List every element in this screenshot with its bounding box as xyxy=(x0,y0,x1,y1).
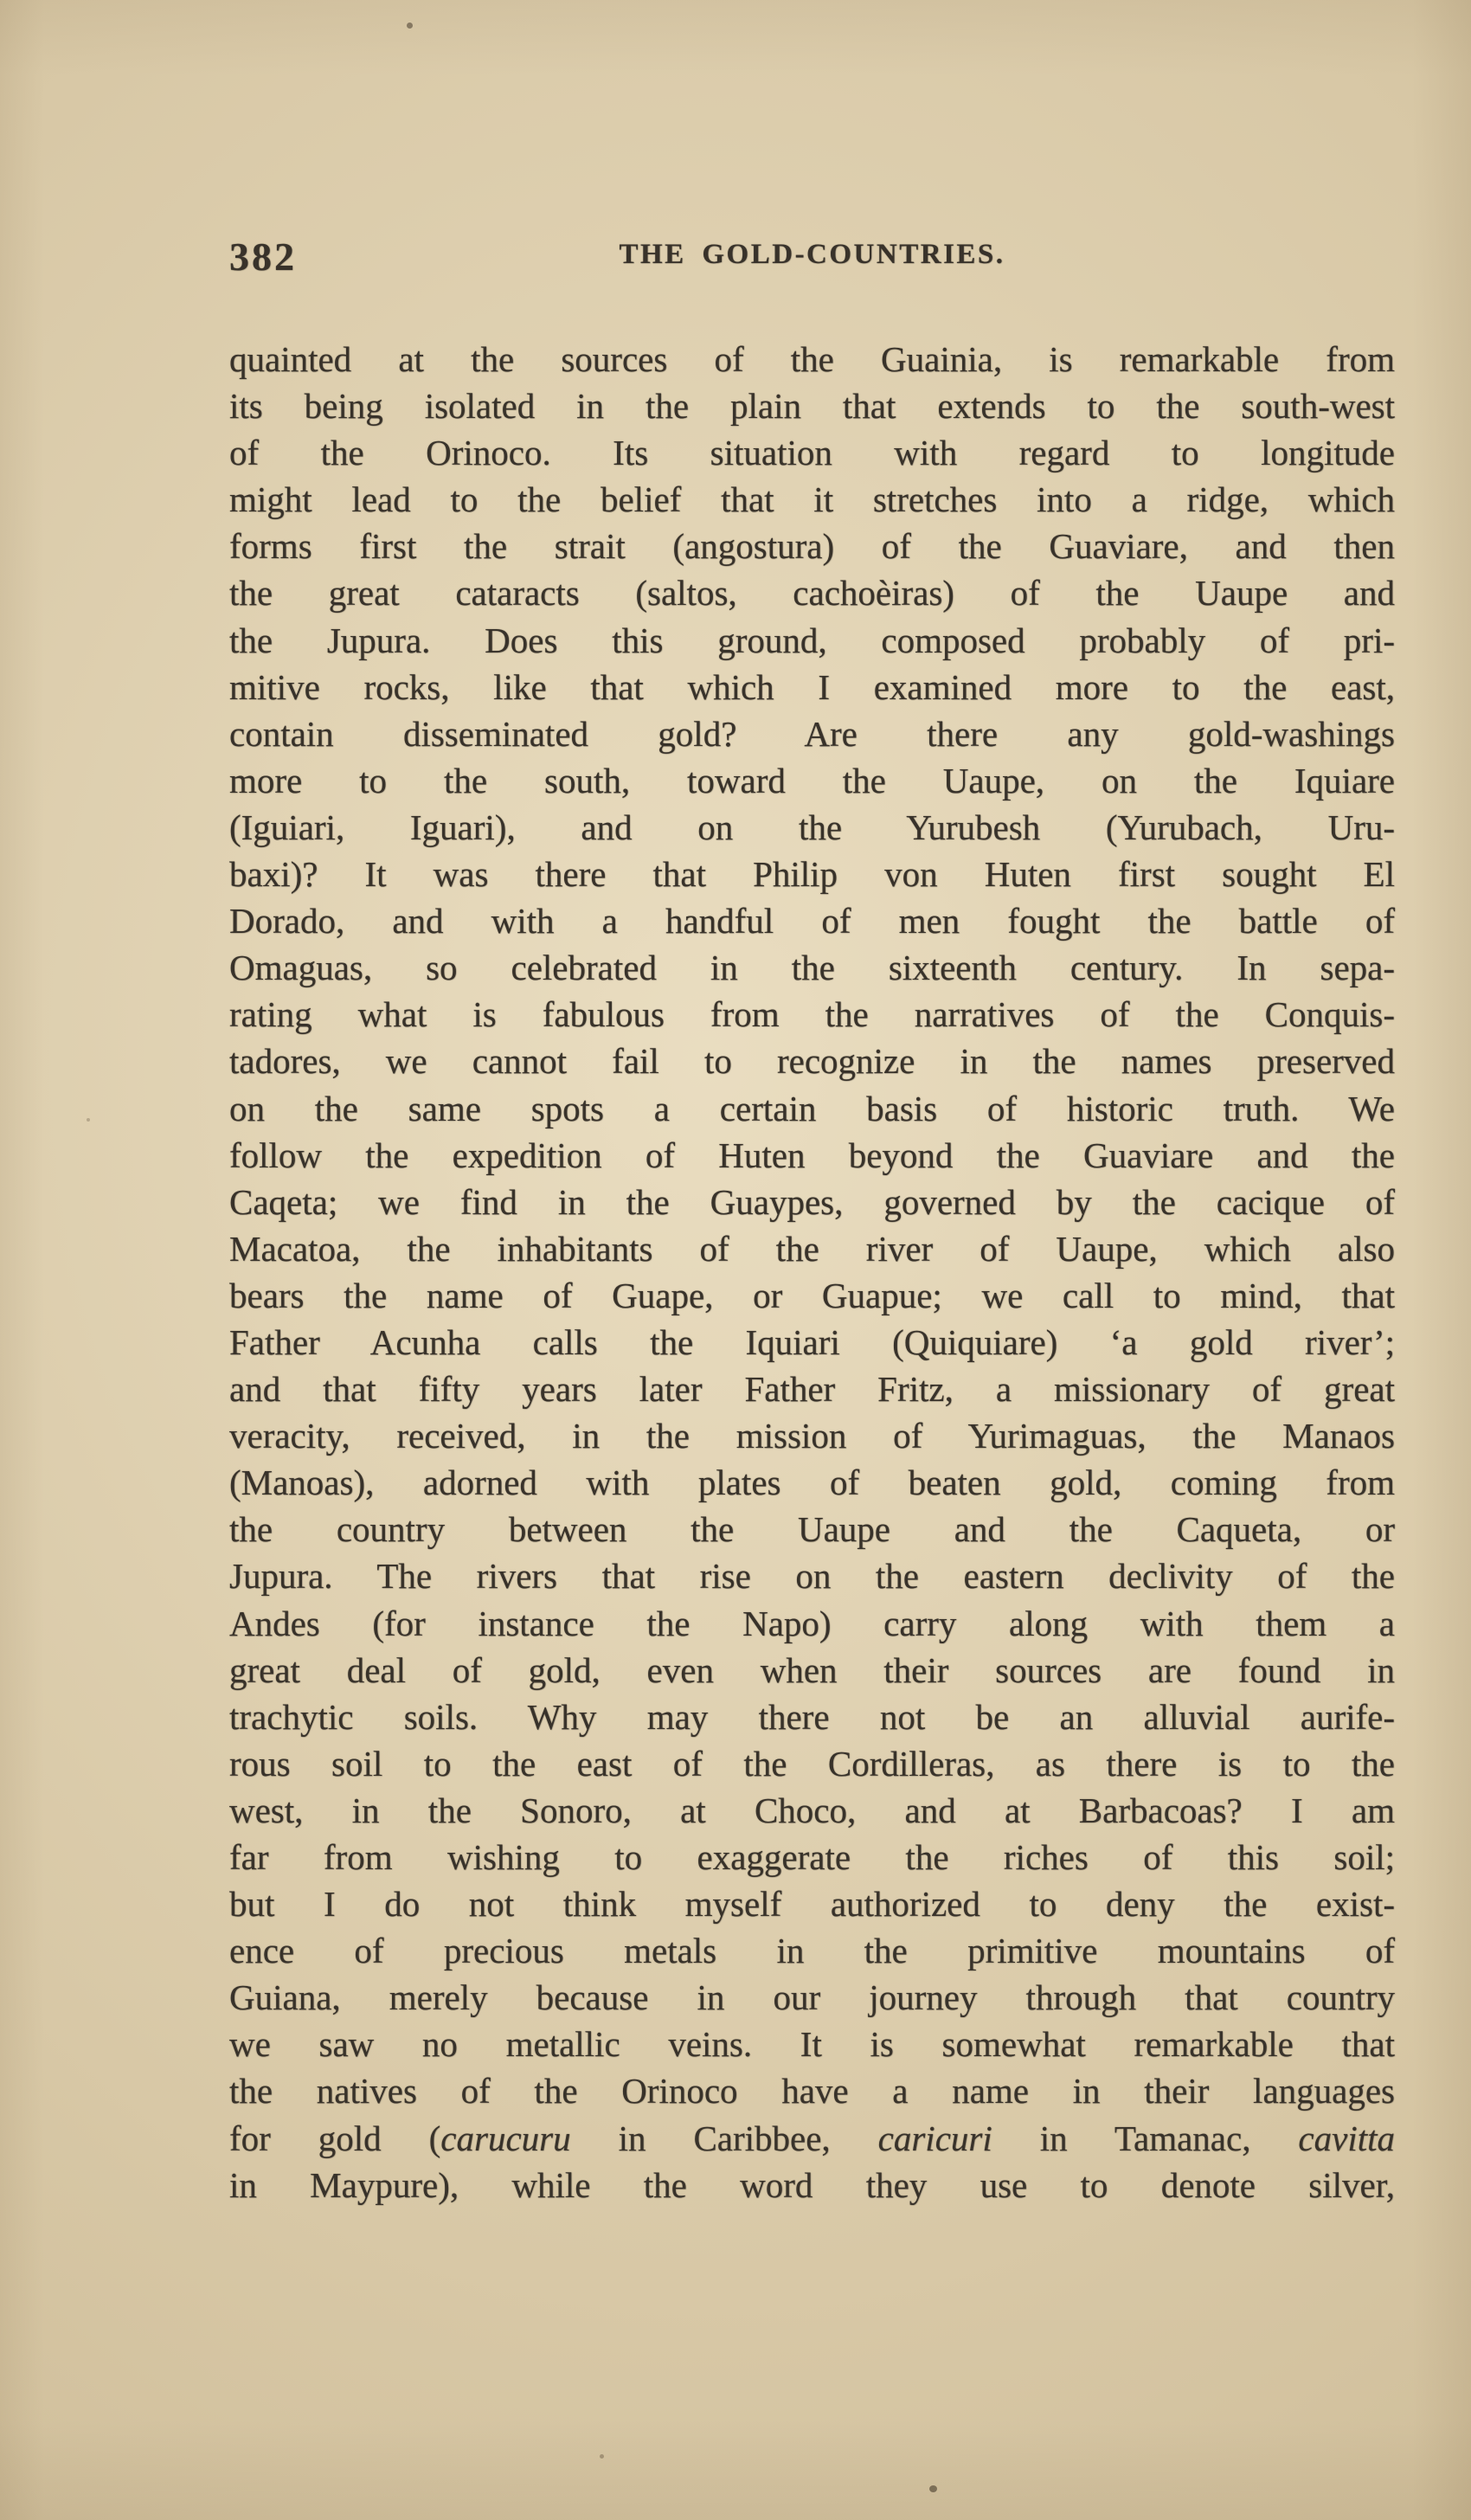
text-line: and that fifty years later Father Fritz,… xyxy=(229,1366,1395,1412)
page-body-text: quainted at the sources of the Guainia, … xyxy=(229,336,1395,2208)
text-line: on the same spots a certain basis of his… xyxy=(229,1085,1395,1132)
text-line: west, in the Sonoro, at Choco, and at Ba… xyxy=(229,1787,1395,1834)
scan-speck xyxy=(600,2454,604,2459)
text-line: (Iguiari, Iguari), and on the Yurubesh (… xyxy=(229,804,1395,851)
scan-speck xyxy=(87,1118,90,1122)
text-line: Omaguas, so celebrated in the sixteenth … xyxy=(229,944,1395,991)
text-line: Father Acunha calls the Iquiari (Quiquia… xyxy=(229,1319,1395,1366)
text-line: in Maypure), while the word they use to … xyxy=(229,2162,1395,2208)
text-line: baxi)? It was there that Philip von Hute… xyxy=(229,851,1395,897)
text-line: veracity, received, in the mission of Yu… xyxy=(229,1412,1395,1459)
text-line: quainted at the sources of the Guainia, … xyxy=(229,336,1395,382)
text-line: far from wishing to exaggerate the riche… xyxy=(229,1834,1395,1880)
scan-speck xyxy=(407,22,413,29)
text-line: follow the expedition of Huten beyond th… xyxy=(229,1132,1395,1179)
text-line: the country between the Uaupe and the Ca… xyxy=(229,1506,1395,1552)
text-line: Guiana, merely because in our journey th… xyxy=(229,1974,1395,2021)
text-line: the great cataracts (saltos, cachoèiras)… xyxy=(229,569,1395,616)
text-line: we saw no metallic veins. It is somewhat… xyxy=(229,2021,1395,2067)
text-line: bears the name of Guape, or Guapue; we c… xyxy=(229,1272,1395,1319)
text-line: of the Orinoco. Its situation with regar… xyxy=(229,429,1395,476)
book-page: 382 THE GOLD-COUNTRIES. quainted at the … xyxy=(0,0,1471,2520)
text-line: contain disseminated gold? Are there any… xyxy=(229,710,1395,757)
text-line: Andes (for instance the Napo) carry alon… xyxy=(229,1600,1395,1647)
running-title: THE GOLD-COUNTRIES. xyxy=(229,239,1395,271)
scan-speck xyxy=(929,2485,937,2492)
page-header: 382 THE GOLD-COUNTRIES. xyxy=(229,230,1395,282)
text-line: trachytic soils. Why may there not be an… xyxy=(229,1694,1395,1740)
text-line: great deal of gold, even when their sour… xyxy=(229,1647,1395,1694)
text-line: the Jupura. Does this ground, composed p… xyxy=(229,617,1395,664)
text-line: the natives of the Orinoco have a name i… xyxy=(229,2067,1395,2114)
text-line: might lead to the belief that it stretch… xyxy=(229,476,1395,523)
text-line: more to the south, toward the Uaupe, on … xyxy=(229,757,1395,804)
text-line: tadores, we cannot fail to recognize in … xyxy=(229,1038,1395,1084)
text-line: Caqeta; we find in the Guaypes, governed… xyxy=(229,1179,1395,1225)
text-line: forms first the strait (angostura) of th… xyxy=(229,523,1395,569)
text-line: Jupura. The rivers that rise on the east… xyxy=(229,1552,1395,1599)
text-line: ence of precious metals in the primitive… xyxy=(229,1927,1395,1974)
text-line: rating what is fabulous from the narrati… xyxy=(229,991,1395,1038)
text-line: Dorado, and with a handful of men fought… xyxy=(229,897,1395,944)
text-line: mitive rocks, like that which I examined… xyxy=(229,664,1395,710)
text-line: for gold (carucuru in Caribbee, caricuri… xyxy=(229,2115,1395,2162)
text-line: (Manoas), adorned with plates of beaten … xyxy=(229,1459,1395,1506)
text-line: Macatoa, the inhabitants of the river of… xyxy=(229,1225,1395,1272)
text-line: rous soil to the east of the Cordilleras… xyxy=(229,1740,1395,1787)
text-line: its being isolated in the plain that ext… xyxy=(229,382,1395,429)
text-line: but I do not think myself authorized to … xyxy=(229,1880,1395,1927)
